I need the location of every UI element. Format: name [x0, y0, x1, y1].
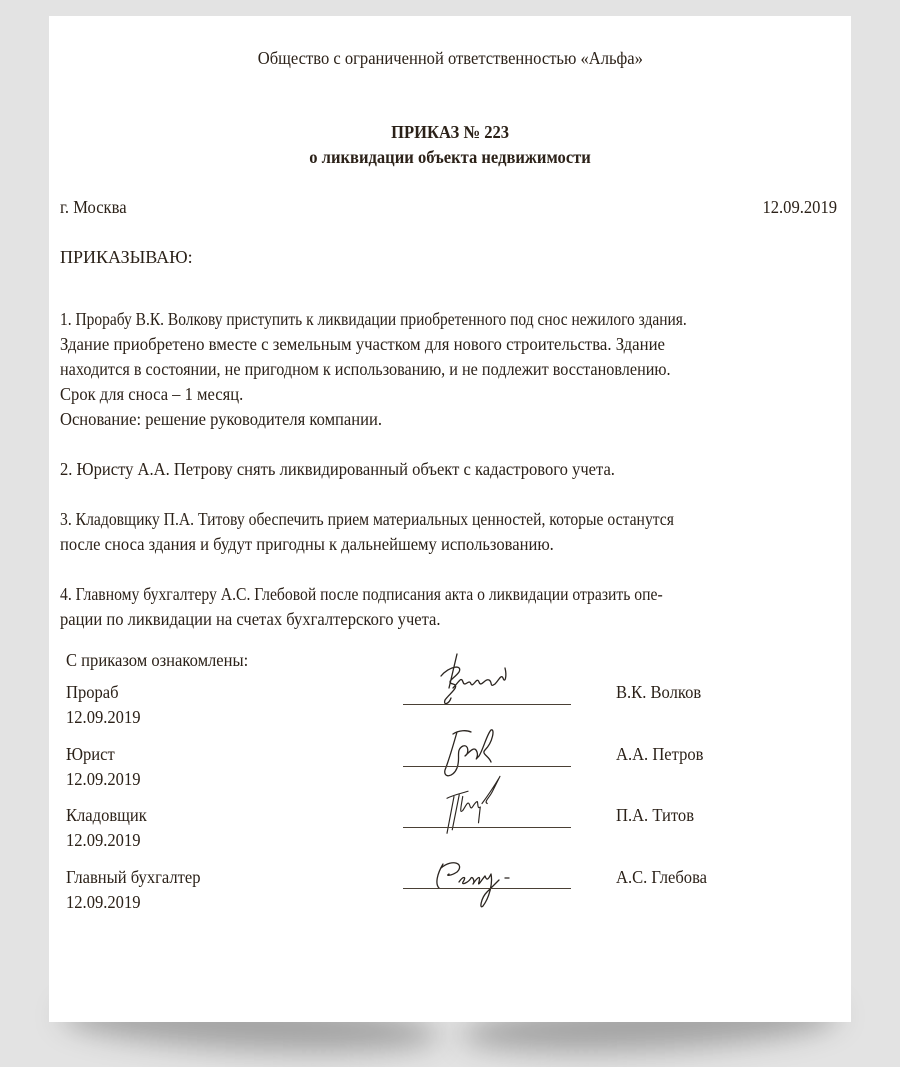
order-item-line: 3. Кладовщику П.А. Титову обеспечить при…: [60, 507, 766, 532]
signature-line: [403, 704, 571, 705]
signer-position: Главный бухгалтер: [66, 865, 212, 890]
signer-name: А.С. Глебова: [616, 865, 715, 890]
document-subtitle: о ликвидации объекта недвижимости: [49, 145, 851, 170]
document-page: Общество с ограниченной ответственностью…: [49, 16, 851, 1022]
order-item-line: 4. Главному бухгалтеру А.С. Глебовой пос…: [60, 582, 753, 607]
document-date: 12.09.2019: [756, 195, 837, 220]
document-city: г. Москва: [60, 195, 132, 220]
signer-position: Кладовщик: [66, 803, 154, 828]
signature-line: [403, 888, 571, 889]
directive-heading: ПРИКАЗЫВАЮ:: [60, 245, 193, 270]
signer-position: Юрист: [66, 742, 119, 767]
order-item-line: Срок для сноса – 1 месяц.: [60, 382, 259, 407]
signer-date: 12.09.2019: [66, 767, 147, 792]
order-item-line: после сноса здания и будут пригодны к да…: [60, 532, 597, 557]
order-item-line: находится в состоянии, не пригодном к ис…: [60, 357, 738, 382]
order-item-line: 2. Юристу А.А. Петрову снять ликвидирова…: [60, 457, 663, 482]
signature-line: [403, 766, 571, 767]
signature-volkov-icon: [419, 648, 559, 718]
signer-name: П.А. Титов: [616, 803, 701, 828]
signer-name: В.К. Волков: [616, 680, 709, 705]
signature-glebova-icon: [419, 854, 559, 924]
signer-date: 12.09.2019: [66, 828, 147, 853]
order-item-line: 1. Прорабу В.К. Волкову приступить к лик…: [60, 307, 789, 332]
signature-line: [403, 827, 571, 828]
signer-date: 12.09.2019: [66, 890, 147, 915]
order-item-line: рации по ликвидации на счетах бухгалтерс…: [60, 607, 474, 632]
order-item-line: Основание: решение руководителя компании…: [60, 407, 410, 432]
acknowledgement-label: С приказом ознакомлены:: [66, 648, 264, 673]
signer-date: 12.09.2019: [66, 705, 147, 730]
order-item-line: Здание приобретено вместе с земельным уч…: [60, 332, 711, 357]
organization-name: Общество с ограниченной ответственностью…: [49, 46, 851, 71]
signature-titov-icon: [419, 772, 559, 842]
signer-name: А.А. Петров: [616, 742, 711, 767]
document-title: ПРИКАЗ № 223: [49, 120, 851, 145]
signer-position: Прораб: [66, 680, 123, 705]
